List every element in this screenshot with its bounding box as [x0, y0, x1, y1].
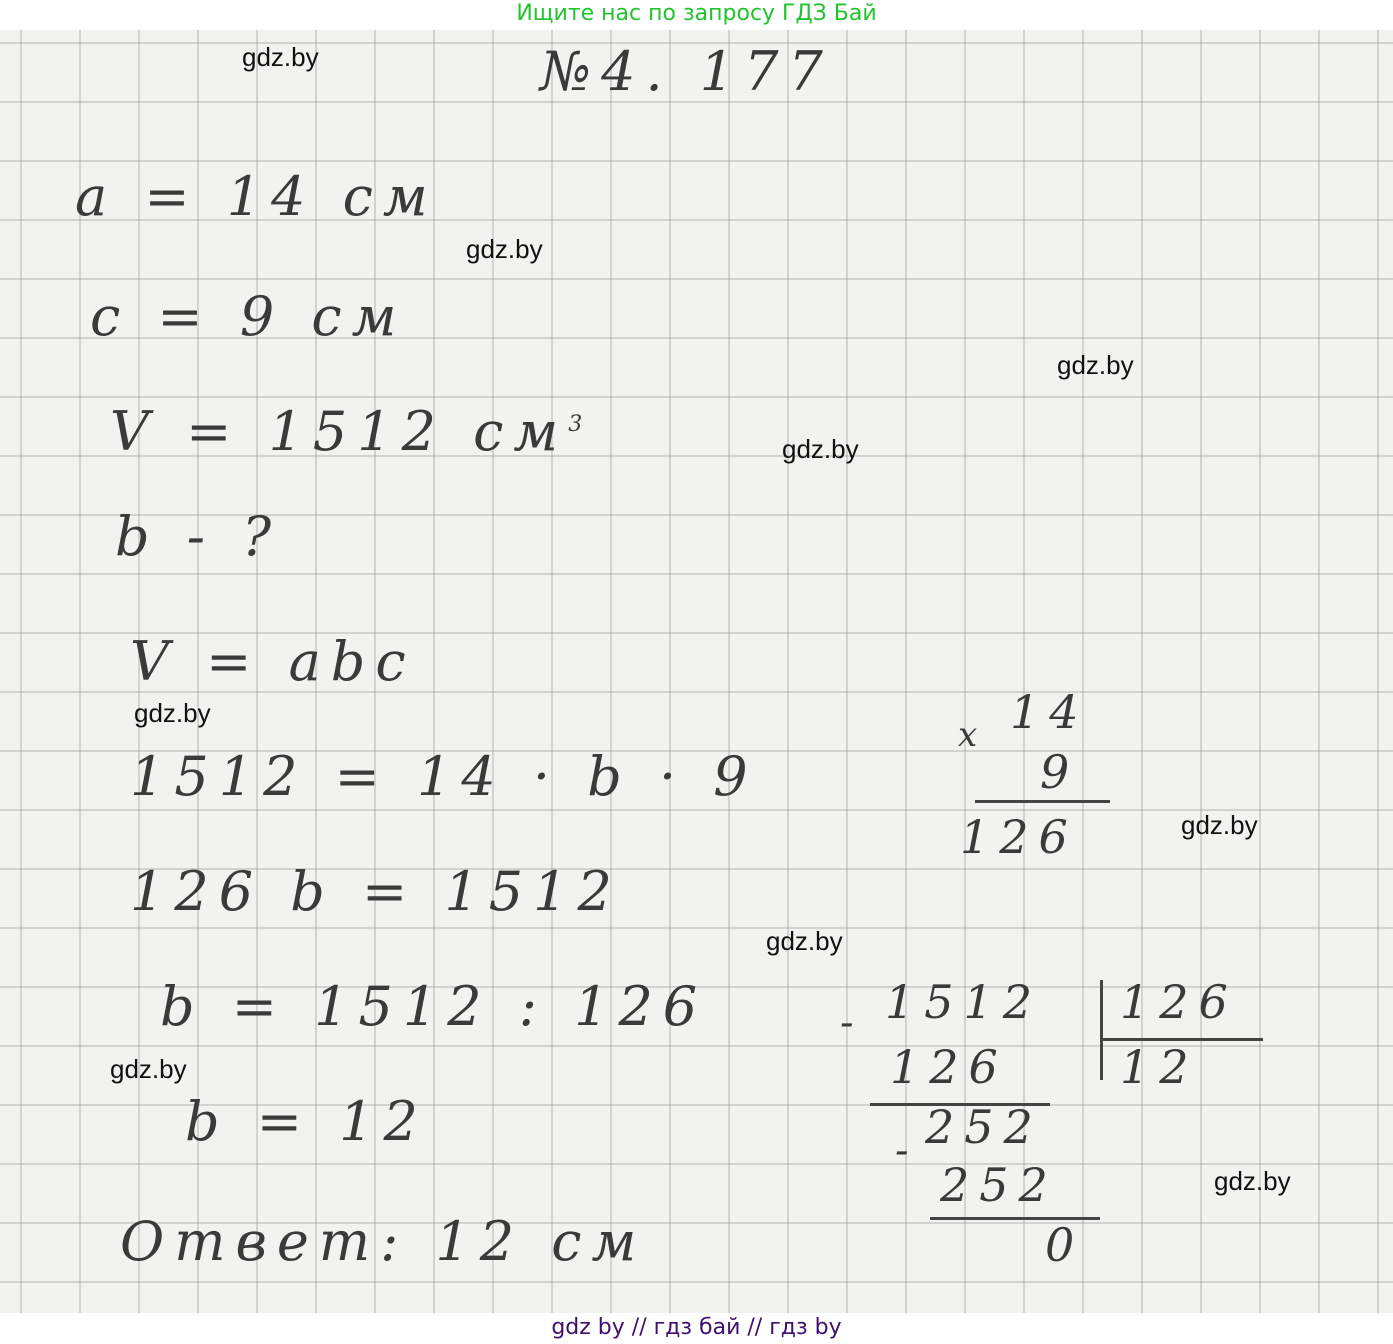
unknown-b: b - ?	[115, 505, 281, 568]
div-minus: -	[840, 1000, 864, 1046]
given-a: a = 14 см	[75, 165, 438, 228]
watermark: gdz.by	[1214, 1166, 1291, 1197]
watermark: gdz.by	[242, 42, 319, 73]
answer: Ответ: 12 см	[120, 1210, 646, 1273]
div-step2: 252	[940, 1158, 1058, 1212]
given-v-text: V = 1512 см	[110, 400, 568, 463]
watermark: gdz.by	[766, 926, 843, 957]
watermark: gdz.by	[1057, 350, 1134, 381]
top-banner[interactable]: Ищите нас по запросу ГДЗ Бай	[0, 0, 1393, 30]
bottom-banner[interactable]: gdz by // гдз бай // гдз by	[0, 1313, 1393, 1344]
div-step1: 126	[890, 1040, 1008, 1094]
given-v: V = 1512 см3	[110, 400, 592, 463]
watermark: gdz.by	[1181, 810, 1258, 841]
div-final: 0	[1045, 1218, 1084, 1272]
mult-bottom: 9	[1040, 745, 1079, 799]
mult-top: 14	[1010, 685, 1089, 739]
div-quotient: 12	[1120, 1040, 1199, 1094]
equation-1: 1512 = 14 · b · 9	[130, 745, 758, 808]
exponent: 3	[568, 412, 592, 437]
notebook-page: gdz.by gdz.by gdz.by gdz.by gdz.by gdz.b…	[0, 30, 1393, 1313]
mult-result: 126	[960, 810, 1078, 864]
mult-sign: x	[958, 715, 987, 755]
div-remainder: 252	[925, 1100, 1043, 1154]
result: b = 12	[185, 1090, 428, 1153]
equation-2: 126 b = 1512	[130, 860, 622, 923]
problem-number: №4. 177	[540, 40, 833, 103]
watermark: gdz.by	[782, 434, 859, 465]
formula: V = abc	[130, 630, 416, 693]
watermark: gdz.by	[134, 698, 211, 729]
div-minus: -	[895, 1128, 919, 1174]
mult-line	[975, 800, 1110, 803]
given-c: c = 9 см	[90, 285, 406, 348]
div-dividend: 1512	[885, 975, 1042, 1029]
div-bar	[1100, 980, 1103, 1080]
watermark: gdz.by	[110, 1054, 187, 1085]
equation-3: b = 1512 : 126	[160, 975, 707, 1038]
div-divisor: 126	[1120, 975, 1238, 1029]
watermark: gdz.by	[466, 234, 543, 265]
